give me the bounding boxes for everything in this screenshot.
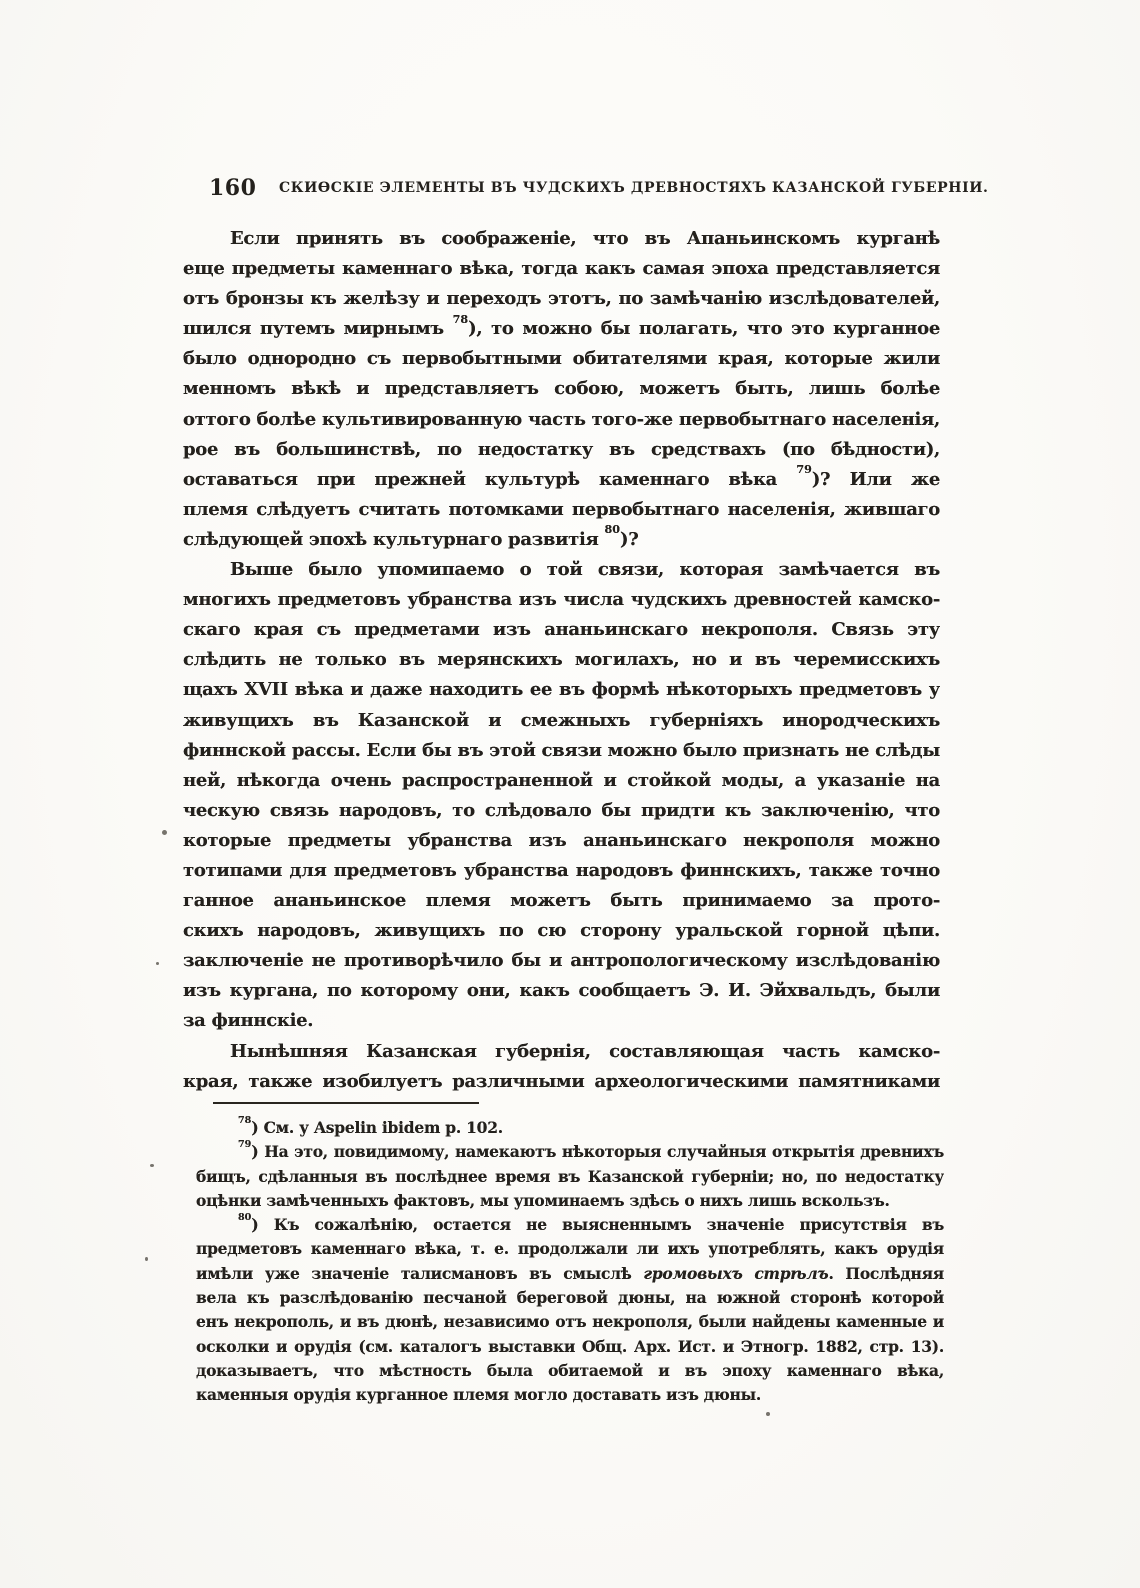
text-line: рое въ большинствѣ, по недостатку въ сре… xyxy=(183,435,940,465)
text-line: живущихъ въ Казанской и смежныхъ губерні… xyxy=(183,706,940,736)
text-line: Нынѣшняя Казанская губернія, составляюща… xyxy=(183,1037,940,1067)
paragraph: Если принять въ соображеніе, что въ Апан… xyxy=(183,224,940,555)
text-line: еще предметы каменнаго вѣка, тогда какъ … xyxy=(183,254,940,284)
text-line: предметовъ каменнаго вѣка, т. е. продолж… xyxy=(196,1237,944,1261)
text-line: тотипами для предметовъ убранства народо… xyxy=(183,856,940,886)
text-line: заключеніе не противорѣчило бы и антропо… xyxy=(183,946,940,976)
text-line: многихъ предметовъ убранства изъ числа ч… xyxy=(183,585,940,615)
text-line: шился путемъ мирнымъ 78), то можно бы по… xyxy=(183,314,940,344)
text-line: Выше было упомипаемо о той связи, котора… xyxy=(183,555,940,585)
book-page: 160 СКИѲСКІЕ ЭЛЕМЕНТЫ ВЪ ЧУДСКИХЪ ДРЕВНО… xyxy=(0,0,1140,1588)
footnote: 78) См. у Aspelin ibidem p. 102. xyxy=(196,1116,944,1140)
scan-speck xyxy=(145,1257,148,1261)
footnote-separator xyxy=(213,1102,479,1104)
scan-speck xyxy=(162,830,167,835)
text-line: ческую связь народовъ, то слѣдовало бы п… xyxy=(183,796,940,826)
text-line: за финнскіе. xyxy=(183,1006,940,1036)
text-line: каменныя орудія курганное племя могло до… xyxy=(196,1383,944,1407)
text-line: скихъ народовъ, живущихъ по сю сторону у… xyxy=(183,916,940,946)
text-line: бищъ, сдѣланныя въ послѣднее время въ Ка… xyxy=(196,1165,944,1189)
text-line: племя слѣдуетъ считать потомками первобы… xyxy=(183,495,940,525)
text-line: скаго края съ предметами изъ ананьинскаг… xyxy=(183,615,940,645)
text-line: 80) Къ сожалѣнію, остается не выясненным… xyxy=(196,1213,944,1237)
page-header: 160 СКИѲСКІЕ ЭЛЕМЕНТЫ ВЪ ЧУДСКИХЪ ДРЕВНО… xyxy=(183,174,940,202)
page-number: 160 xyxy=(209,175,256,201)
text-line: доказываетъ, что мѣстность была обитаемо… xyxy=(196,1359,944,1383)
footnote: 80) Къ сожалѣнію, остается не выясненным… xyxy=(196,1213,944,1407)
text-line: вела къ разслѣдованію песчаной береговой… xyxy=(196,1286,944,1310)
footnote: 79) На это, повидимому, намекаютъ нѣкото… xyxy=(196,1140,944,1213)
text-line: слѣдить не только въ мерянскихъ могилахъ… xyxy=(183,645,940,675)
running-title: СКИѲСКІЕ ЭЛЕМЕНТЫ ВЪ ЧУДСКИХЪ ДРЕВНОСТЯХ… xyxy=(183,174,940,202)
text-line: финнской рассы. Если бы въ этой связи мо… xyxy=(183,736,940,766)
text-line: отъ бронзы къ желѣзу и переходъ этотъ, п… xyxy=(183,284,940,314)
text-line: ганное ананьинское племя можетъ быть при… xyxy=(183,886,940,916)
text-line: имѣли уже значеніе талисмановъ въ смыслѣ… xyxy=(196,1262,944,1286)
text-line: слѣдующей эпохѣ культурнаго развитія 80)… xyxy=(183,525,940,555)
text-line: 79) На это, повидимому, намекаютъ нѣкото… xyxy=(196,1140,944,1164)
paragraph: Выше было упомипаемо о той связи, котора… xyxy=(183,555,940,1037)
text-line: осколки и орудія (см. каталогъ выставки … xyxy=(196,1335,944,1359)
paragraph: Нынѣшняя Казанская губернія, составляюща… xyxy=(183,1037,940,1097)
text-line: 78) См. у Aspelin ibidem p. 102. xyxy=(196,1116,944,1140)
text-line: которые предметы убранства изъ ананьинск… xyxy=(183,826,940,856)
footnotes: 78) См. у Aspelin ibidem p. 102. 79) На … xyxy=(196,1116,944,1408)
text-line: енъ некрополь, и въ дюнѣ, независимо отъ… xyxy=(196,1310,944,1334)
text-line: оттого болѣе культивированную часть того… xyxy=(183,405,940,435)
text-line: изъ кургана, по которому они, какъ сообщ… xyxy=(183,976,940,1006)
text-line: Если принять въ соображеніе, что въ Апан… xyxy=(183,224,940,254)
text-line: было однородно съ первобытными обитателя… xyxy=(183,344,940,374)
text-line: оставаться при прежней культурѣ каменнаг… xyxy=(183,465,940,495)
text-line: менномъ вѣкѣ и представляетъ собою, може… xyxy=(183,374,940,404)
text-line: щахъ XVII вѣка и даже находить ее въ фор… xyxy=(183,675,940,705)
text-line: оцѣнки замѣченныхъ фактовъ, мы упоминаем… xyxy=(196,1189,944,1213)
scan-speck xyxy=(150,1164,154,1167)
text-line: ней, нѣкогда очень распространенной и ст… xyxy=(183,766,940,796)
scan-speck xyxy=(156,962,159,965)
scan-speck xyxy=(766,1412,770,1416)
body-text: Если принять въ соображеніе, что въ Апан… xyxy=(183,224,940,1097)
text-line: края, также изобилуетъ различными археол… xyxy=(183,1067,940,1097)
